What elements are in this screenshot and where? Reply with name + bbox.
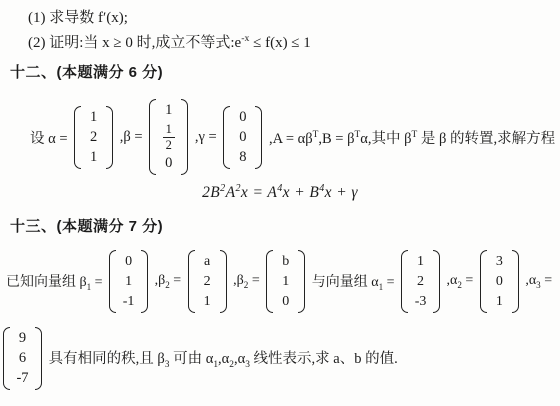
vector-cell: 1 bbox=[165, 102, 172, 119]
vector-cell: 8 bbox=[239, 149, 246, 166]
p13-beta3-label: ,β2 = bbox=[230, 273, 264, 290]
p13-alpha2-label: ,α2 = bbox=[443, 273, 477, 290]
p13-beta2-label: ,β2 = bbox=[151, 273, 185, 290]
vector-cell: b bbox=[282, 253, 289, 270]
vector-cell: 0 bbox=[239, 109, 246, 126]
p12-beta-label: ,β = bbox=[116, 129, 146, 146]
vector-cell: 2 bbox=[90, 129, 97, 146]
p12-statement: 设 α = 1 2 1 ,β = 1 1 2 0 ,γ = bbox=[30, 93, 555, 181]
p11-part1: (1) 求导数 f′(x); bbox=[28, 6, 128, 27]
vector-beta1: 0 1 -1 bbox=[109, 250, 148, 313]
vector-alpha1: 1 2 -3 bbox=[401, 250, 440, 313]
paren-left bbox=[266, 250, 273, 313]
vector-cells: 3 0 1 bbox=[487, 250, 512, 313]
p13-heading: 十三、(本题满分 7 分) bbox=[10, 215, 163, 236]
vector-cell: 0 bbox=[239, 129, 246, 146]
vector-cell: 2 bbox=[204, 273, 211, 290]
vector-alpha: 1 2 1 bbox=[74, 106, 113, 169]
vector-cell: 0 bbox=[496, 273, 503, 290]
vector-alpha3: 9 6 -7 bbox=[3, 327, 42, 390]
fraction-numerator: 1 bbox=[163, 122, 175, 137]
paren-right bbox=[255, 106, 262, 169]
p12-heading: 十二、(本题满分 6 分) bbox=[10, 61, 163, 82]
paren-left bbox=[188, 250, 195, 313]
vector-cells: 0 0 8 bbox=[230, 106, 255, 169]
vector-cells: 1 2 1 bbox=[81, 106, 106, 169]
p13-statement: 已知向量组 β1 = 0 1 -1 ,β2 = a 2 1 ,β2 = bbox=[6, 239, 552, 323]
vector-cells: 1 1 2 0 bbox=[156, 99, 181, 175]
paren-right bbox=[106, 106, 113, 169]
paren-left bbox=[480, 250, 487, 313]
vector-cells: 1 2 -3 bbox=[408, 250, 433, 313]
fraction-one-half: 1 2 bbox=[163, 122, 175, 152]
vector-cell: 1 bbox=[125, 273, 132, 290]
p13-tail: 具有相同的秩,且 β3 可由 α1,α2,α3 线性表示,求 a、b 的值. bbox=[45, 347, 398, 370]
vector-gamma: 0 0 8 bbox=[223, 106, 262, 169]
vector-cell: -1 bbox=[123, 293, 135, 310]
vector-cell: 9 bbox=[19, 330, 26, 347]
vector-beta2: a 2 1 bbox=[188, 250, 227, 313]
p12-tail: ,A = αβT,B = βTα,其中 βT 是 β 的转置,求解方程 bbox=[265, 127, 555, 148]
paren-left bbox=[109, 250, 116, 313]
paren-right bbox=[181, 99, 188, 175]
vector-cells: a 2 1 bbox=[195, 250, 220, 313]
vector-cell: 0 bbox=[282, 293, 289, 310]
vector-cell: 0 bbox=[125, 253, 132, 270]
paren-left bbox=[149, 99, 156, 175]
p12-gamma-label: ,γ = bbox=[191, 129, 220, 146]
vector-cell: 3 bbox=[496, 253, 503, 270]
paren-right bbox=[433, 250, 440, 313]
vector-cell: 1 bbox=[90, 149, 97, 166]
vector-cell: 1 bbox=[90, 109, 97, 126]
fraction-denominator: 2 bbox=[163, 138, 175, 152]
p13-statement-continued: 9 6 -7 具有相同的秩,且 β3 可由 α1,α2,α3 线性表示,求 a、… bbox=[0, 318, 398, 398]
paren-right bbox=[512, 250, 519, 313]
vector-beta: 1 1 2 0 bbox=[149, 99, 188, 175]
vector-cell: -3 bbox=[415, 293, 427, 310]
vector-cell: 6 bbox=[19, 350, 26, 367]
paren-right bbox=[141, 250, 148, 313]
vector-cell: 1 bbox=[204, 293, 211, 310]
p12-intro: 设 α = bbox=[30, 127, 71, 148]
vector-cell: 1 bbox=[417, 253, 424, 270]
vector-cells: 0 1 -1 bbox=[116, 250, 141, 313]
paren-left bbox=[74, 106, 81, 169]
p13-mid: 与向量组 α1 = bbox=[308, 271, 398, 292]
vector-cell: 1 bbox=[282, 273, 289, 290]
p12-equation: 2B2A2x = A4x + B4x + γ bbox=[0, 183, 560, 202]
vector-cell: 2 bbox=[417, 273, 424, 290]
vector-cell: 1 bbox=[496, 293, 503, 310]
vector-alpha2: 3 0 1 bbox=[480, 250, 519, 313]
exam-page: (1) 求导数 f′(x); (2) 证明:当 x ≥ 0 时,成立不等式:e-… bbox=[0, 0, 560, 406]
vector-cell: a bbox=[204, 253, 210, 270]
p11-part2: (2) 证明:当 x ≥ 0 时,成立不等式:e-x ≤ f(x) ≤ 1 bbox=[28, 31, 311, 52]
paren-right bbox=[35, 327, 42, 390]
vector-beta3: b 1 0 bbox=[266, 250, 305, 313]
paren-right bbox=[220, 250, 227, 313]
vector-cells: 9 6 -7 bbox=[10, 327, 35, 390]
vector-cells: b 1 0 bbox=[273, 250, 298, 313]
vector-cell: -7 bbox=[16, 370, 28, 387]
paren-left bbox=[3, 327, 10, 390]
p13-alpha3-label: ,α3 = bbox=[522, 273, 552, 290]
paren-left bbox=[223, 106, 230, 169]
paren-right bbox=[298, 250, 305, 313]
vector-cell: 0 bbox=[165, 155, 172, 172]
p13-intro: 已知向量组 β1 = bbox=[6, 271, 106, 292]
paren-left bbox=[401, 250, 408, 313]
